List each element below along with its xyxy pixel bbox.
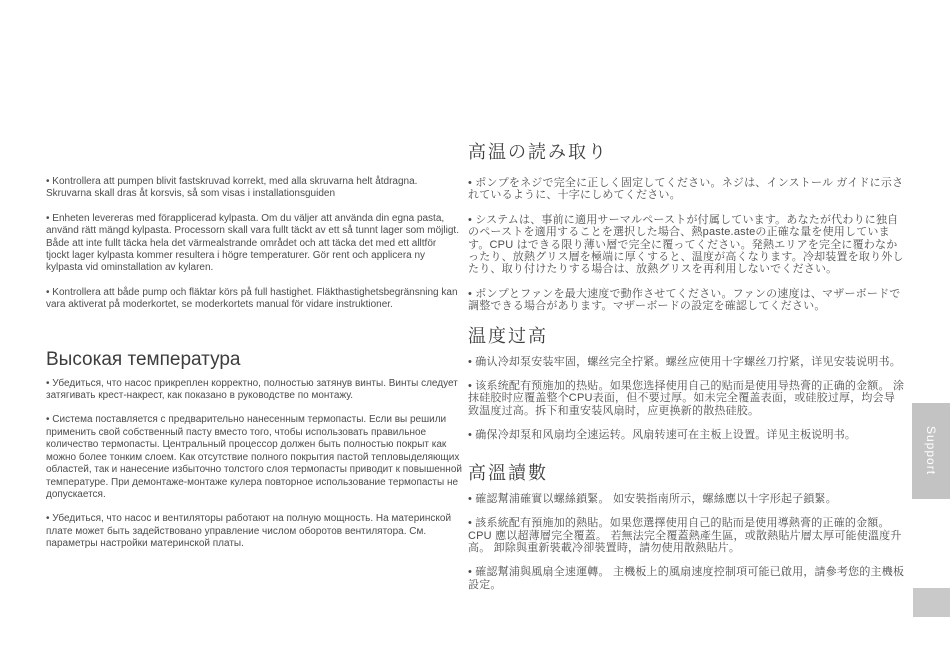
russian-section-heading: Высокая температура [46,349,462,371]
swedish-paragraph-2: • Enheten levereras med förapplicerad ky… [46,213,462,275]
manual-page: • Kontrollera att pumpen blivit fastskru… [0,0,950,670]
support-tab[interactable]: Support [912,403,950,499]
chinese-simplified-paragraph-3: • 确保冷却泵和风扇均全速运转。风扇转速可在主板上设置。详见主板说明书。 [468,429,906,441]
section-russian: Высокая температура • Убедиться, что нас… [46,349,462,551]
swedish-paragraph-1: • Kontrollera att pumpen blivit fastskru… [46,176,462,201]
chinese-traditional-paragraph-1: • 確認幫浦確實以螺絲鎖緊。 如安裝指南所示，螺絲應以十字形起子鎖緊。 [468,493,906,505]
japanese-paragraph-3: • ポンプとファンを最大速度で動作させてください。ファンの速度は、マザーボードで… [468,288,906,313]
section-swedish: • Kontrollera att pumpen blivit fastskru… [46,176,462,312]
support-tab-label: Support [924,426,938,475]
swedish-paragraph-3: • Kontrollera att både pump och fläktar … [46,287,462,312]
chinese-simplified-paragraph-2: • 该系统配有预施加的热贴。如果您选择使用自己的贴而是使用导热膏的正确的金额。 … [468,380,906,417]
chinese-traditional-section-heading: 高溫讀數 [468,463,906,484]
section-chinese-simplified: 温度过高 • 确认冷却泵安装牢固，螺丝完全拧紧。螺丝应使用十字螺丝刀拧紧，详见安… [468,326,906,442]
chinese-traditional-paragraph-2: • 該系統配有預施加的熱貼。如果您選擇使用自己的貼而是使用導熱膏的正確的金額。C… [468,517,906,554]
russian-paragraph-3: • Убедиться, что насос и вентиляторы раб… [46,513,462,550]
section-chinese-traditional: 高溫讀數 • 確認幫浦確實以螺絲鎖緊。 如安裝指南所示，螺絲應以十字形起子鎖緊。… [468,463,906,591]
chinese-simplified-paragraph-1: • 确认冷却泵安装牢固，螺丝完全拧紧。螺丝应使用十字螺丝刀拧紧，详见安装说明书。 [468,356,906,368]
section-japanese: 高温の読み取り • ポンプをネジで完全に正しく固定してください。ネジは、インスト… [468,142,906,313]
japanese-section-heading: 高温の読み取り [468,142,906,163]
japanese-paragraph-1: • ポンプをネジで完全に正しく固定してください。ネジは、インストール ガイドに示… [468,177,906,202]
chinese-traditional-paragraph-3: • 確認幫浦與風扇全速運轉。 主機板上的風扇速度控制項可能已啟用，請參考您的主機… [468,566,906,591]
chinese-simplified-section-heading: 温度过高 [468,326,906,347]
russian-paragraph-2: • Система поставляется с предварительно … [46,414,462,501]
right-column: 高温の読み取り • ポンプをネジで完全に正しく固定してください。ネジは、インスト… [468,142,906,603]
russian-paragraph-1: • Убедиться, что насос прикреплен коррек… [46,378,462,403]
corner-box [913,588,950,617]
left-column: • Kontrollera att pumpen blivit fastskru… [46,176,462,563]
japanese-paragraph-2: • システムは、事前に適用サーマルペーストが付属しています。あなたが代わりに独自… [468,214,906,276]
